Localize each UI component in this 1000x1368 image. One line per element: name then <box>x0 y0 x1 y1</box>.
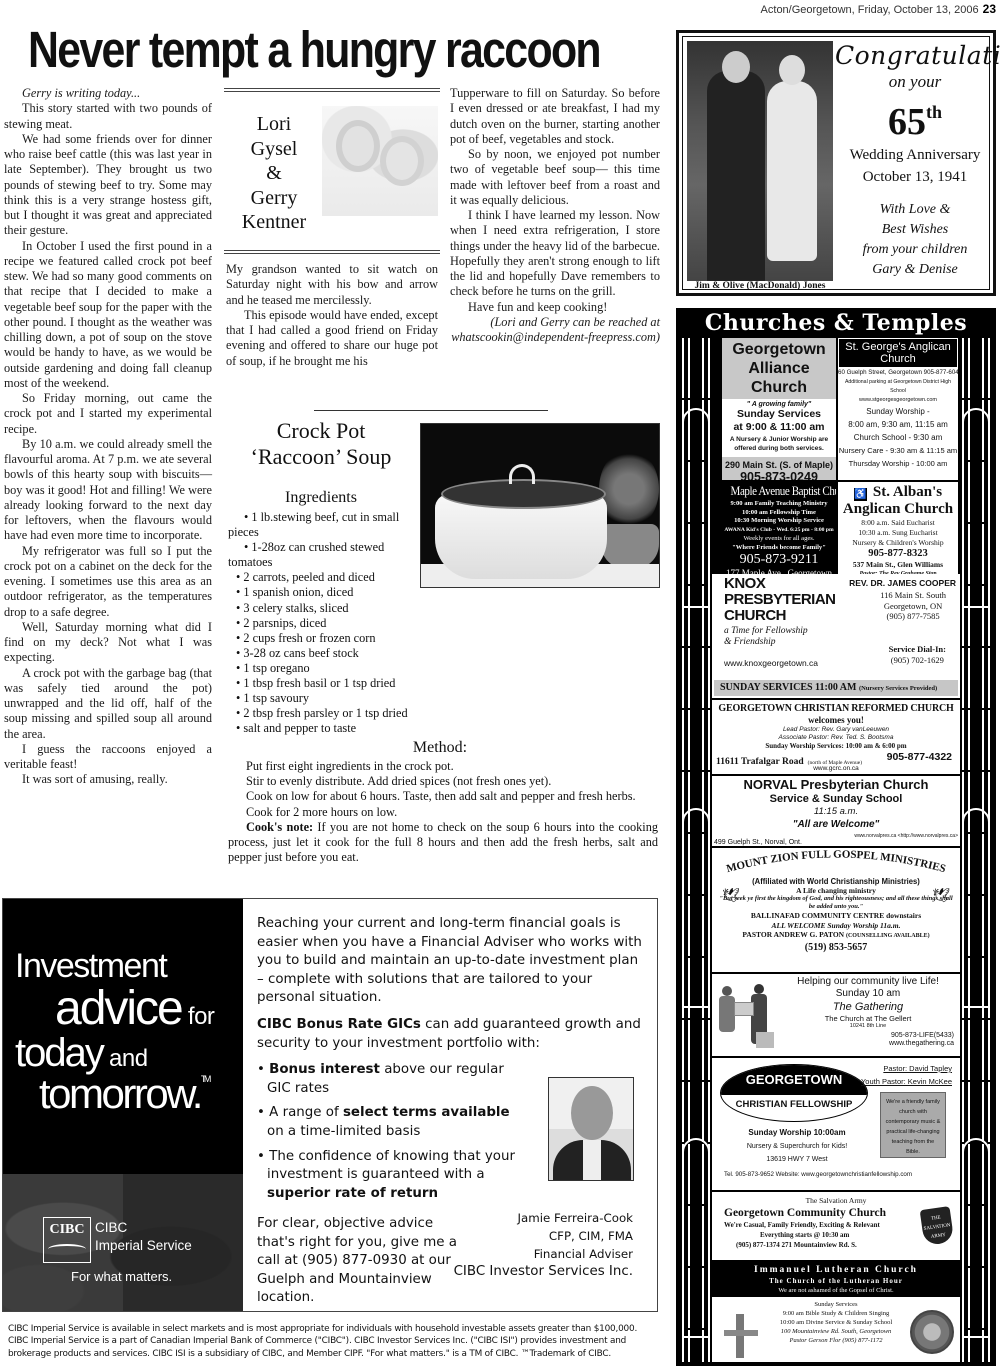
article-paragraph: Gerry is writing today... <box>4 86 212 101</box>
wishes: With Love & Best Wishes from your childr… <box>835 200 995 280</box>
adviser-credentials: CFP, CIM, FMA <box>443 1227 633 1245</box>
method-steps: Put first eight ingredients in the crock… <box>228 759 658 865</box>
article-paragraph: So by noon, we enjoyed pot number two of… <box>450 147 660 208</box>
church-phone: 905-873-9211 <box>722 552 836 568</box>
cibc-advertisement: Investment advice for today and tomorrow… <box>2 898 658 1312</box>
article-column-1: Gerry is writing today... This story sta… <box>4 86 212 788</box>
article-paragraph: Have fun and keep cooking! <box>450 300 660 315</box>
church-blurb: We're a friendly family church with cont… <box>880 1092 946 1158</box>
method-step: Put first eight ingredients in the crock… <box>228 759 658 774</box>
church-tagline: A Life changing ministry <box>712 886 960 895</box>
church-name: Maple Avenue Baptist Church <box>731 482 828 500</box>
service-times: at 9:00 & 11:00 am <box>722 421 836 434</box>
church-website[interactable]: www.knoxgeorgetown.ca <box>724 658 818 668</box>
ingredient-item: 1 tsp oregano <box>228 661 418 676</box>
church-slogan: Helping our community live Life! <box>778 976 958 988</box>
adviser-title: Financial Adviser <box>443 1245 633 1263</box>
service-label: Sunday Services <box>722 408 836 421</box>
services-time: SUNDAY SERVICES 11:00 AM <box>720 682 856 693</box>
church-name: KNOX PRESBYTERIAN CHURCH <box>724 576 836 624</box>
church-contact: 11611 Trafalgar Road (north of Maple Ave… <box>712 751 960 765</box>
benefit-item: The confidence of knowing that your inve… <box>257 1148 517 1204</box>
church-address: 13619 HWY 7 West <box>732 1153 862 1166</box>
article-paragraph: So Friday morning, out came the crock po… <box>4 391 212 437</box>
church-name: St. George's Anglican Church <box>838 338 958 368</box>
cooks-note-label: Cook's note: <box>246 820 313 834</box>
gcf-pastors: Pastor: David Tapley Youth Pastor: Kevin… <box>861 1062 952 1088</box>
dial-in-phone: (905) 702-1629 <box>889 655 946 666</box>
church-name-line: St. Alban's <box>873 484 942 500</box>
church-website[interactable]: www.thegathering.ca <box>889 1040 954 1048</box>
norval-presbyterian-church: NORVAL Presbyterian Church Service & Sun… <box>712 776 960 846</box>
pastor-note: (COUNSELLING AVAILABLE) <box>846 933 930 939</box>
logo-text: CIBC <box>49 1222 84 1237</box>
wishes-line: With Love & <box>835 200 995 220</box>
ingredients-heading: Ingredients <box>236 489 406 507</box>
ingredient-item: 3-28 oz cans beef stock <box>228 646 418 661</box>
church-name: The Gathering <box>778 1000 958 1014</box>
ingredient-item: 3 celery stalks, sliced <box>228 601 418 616</box>
church-name-line: CHURCH <box>724 608 836 624</box>
byline-line: & <box>228 161 320 186</box>
church-subtitle: The Church of the Lutheran Hour <box>712 1276 960 1286</box>
wishes-line: Gary & Denise <box>835 260 995 280</box>
adviser-photo <box>548 1077 634 1181</box>
tagline-word: for <box>182 1003 215 1030</box>
tagline-line: a Time for Fellowship <box>724 626 808 637</box>
recipe-title: Crock Pot ‘Raccoon’ Soup <box>236 418 406 470</box>
address-line: Georgetown, ON <box>880 601 946 612</box>
services-note: (Nursery Services Provided) <box>859 685 937 692</box>
decorative-frame-left <box>678 338 714 1362</box>
luther-rose-seal-icon <box>910 1310 954 1354</box>
tagline-word: tomorrow. <box>39 1070 201 1117</box>
church-phone: 905-873-0249 <box>722 470 836 480</box>
cibc-logo-icon: CIBC <box>43 1217 91 1263</box>
gic-offer: CIBC Bonus Rate GICs can add guaranteed … <box>257 1016 643 1053</box>
decorative-frame-right <box>958 338 994 1362</box>
address-line: 116 Main St. South <box>880 590 946 601</box>
recipe-title-line: ‘Raccoon’ Soup <box>236 444 406 470</box>
church-address: 60 Guelph Street, Georgetown 905-877-604… <box>838 368 958 378</box>
service-line: Nursery & Children's Worship <box>838 538 958 548</box>
wishes-line: from your children <box>835 240 995 260</box>
church-address: 499 Guelph St., Norval, Ont. <box>714 839 802 846</box>
brand-line: CIBC <box>95 1219 192 1237</box>
tagline-line: tomorrow.TM <box>39 1073 214 1115</box>
church-address: 10241 8th Line <box>778 1023 958 1030</box>
church-pastor: PASTOR ANDREW G. PATON (COUNSELLING AVAI… <box>712 930 960 941</box>
anniversary-ad: Jim & Olive (MacDonald) Jones Congratula… <box>676 30 996 296</box>
service-line: 10:30 Morning Worship Service <box>722 517 836 526</box>
article-paragraph: It was sort of amusing, really. <box>4 772 212 787</box>
congratulations-heading: Congratulations <box>835 41 995 70</box>
church-name-line: KNOX <box>724 576 836 592</box>
crock-pot-photo <box>420 423 660 588</box>
church-motto: We are not ashamed of the Gopsel of Chri… <box>712 1286 960 1295</box>
affiliation: (Affiliated with World Christianship Min… <box>724 876 947 886</box>
article-column-3: Tupperware to fill on Saturday. So befor… <box>450 86 660 345</box>
services-label: Sunday Services <box>712 1300 960 1309</box>
worship-services: Sunday Worship Services: 10:00 am & 6:00… <box>712 742 960 751</box>
byline-line: Gerry <box>228 186 320 211</box>
brand-line: Imperial Service <box>95 1237 192 1255</box>
georgetown-alliance-church: Georgetown Alliance Church " A growing f… <box>722 338 836 480</box>
article-paragraph: My refrigerator was full so I put the cr… <box>4 544 212 620</box>
church-name: Georgetown Alliance Church <box>722 338 836 399</box>
article-paragraph: My grandson wanted to sit watch on Satur… <box>226 262 438 308</box>
church-motto: "Where Friends become Family" <box>722 543 836 552</box>
address-line: (905) 877-7585 <box>880 611 946 622</box>
arched-title: MOUNT ZION FULL GOSPEL MINISTRIES <box>712 848 960 876</box>
ingredient-item: 1-28oz can crushed stewed tomatoes <box>228 540 418 570</box>
church-welcome: welcomes you! <box>712 715 960 726</box>
church-banner: Immanuel Lutheran Church The Church of t… <box>712 1262 960 1297</box>
thursday-worship: Thursday Worship - 10:00 am <box>838 457 958 470</box>
youth-pastor: Youth Pastor: Kevin McKee <box>861 1075 952 1088</box>
church-org: The Salvation Army <box>712 1195 960 1206</box>
church-name: ♿St. Alban's <box>838 484 958 501</box>
method-step: Cook for 2 more hours on low. <box>228 805 658 820</box>
article-paragraph: I guess the raccoons enjoyed a veritable… <box>4 742 212 773</box>
author-contact: (Lori and Gerry can be reached at whatsc… <box>450 315 660 346</box>
immanuel-lutheran-church: Immanuel Lutheran Church The Church of t… <box>712 1262 960 1362</box>
church-phone: 905-877-4322 <box>887 751 952 763</box>
ingredient-item: 2 cups fresh or frozen corn <box>228 631 418 646</box>
church-name: Immanuel Lutheran Church <box>712 1264 960 1276</box>
ingredient-item: salt and pepper to taste <box>228 721 418 736</box>
byline-box: Lori Gysel & Gerry Kentner <box>224 88 440 254</box>
church-tagline: a Time for Fellowship & Friendship <box>724 626 808 648</box>
church-place: The Church at The Gellert <box>778 1014 958 1023</box>
church-tagline: " A growing family" <box>722 401 836 408</box>
service-line: 10:30 a.m. Sung Eucharist <box>838 528 958 538</box>
church-location: BALLINAFAD COMMUNITY CENTRE downstairs <box>712 911 960 921</box>
byline-line: Lori <box>228 112 320 137</box>
ingredient-item: 2 tbsp fresh parsley or 1 tsp dried <box>228 706 418 721</box>
article-headline: Never tempt a hungry raccoon <box>28 18 566 82</box>
cibc-brand-panel: Investment advice for today and tomorrow… <box>3 899 243 1311</box>
church-contact: 499 Guelph St., Norval, Ont.www.norvalpr… <box>712 831 960 843</box>
dial-in-label: Service Dial-In: <box>889 644 946 655</box>
churches-title: Churches & Temples <box>676 310 996 336</box>
church-address: 11611 Trafalgar Road <box>716 757 804 767</box>
on-your: on your <box>835 72 995 92</box>
byline-line: Kentner <box>228 210 320 235</box>
article-paragraph: A crock pot with the garbage bag (that w… <box>4 666 212 742</box>
church-address: 537 Main St., Glen Williams <box>838 560 958 570</box>
article-paragraph: In October I used the first pound in a r… <box>4 239 212 392</box>
method-heading: Method: <box>370 739 510 757</box>
tagline-word: and <box>103 1045 148 1072</box>
wedding-anniversary-line: Wedding Anniversary <box>835 146 995 164</box>
mount-zion-full-gospel-ministries: MOUNT ZION FULL GOSPEL MINISTRIES (Affil… <box>712 848 960 972</box>
church-website[interactable]: www.norvalpres.ca <http://www.norvalpres… <box>854 833 958 839</box>
tagline-line: advice for <box>55 985 214 1033</box>
dove-icon: 🕊 <box>722 888 740 905</box>
call-to-action: For clear, objective advice that's right… <box>257 1215 467 1308</box>
service-time: Sunday 10 am <box>778 988 958 1000</box>
church-address: 116 Main St. South Georgetown, ON (905) … <box>880 590 946 622</box>
worship-time: Sunday Worship 10:00am <box>732 1126 862 1140</box>
method-step: Cook on low for about 6 hours. Taste, th… <box>228 789 658 804</box>
wedding-date: October 13, 1941 <box>835 168 995 186</box>
cooks-note: Cook's note: If you are not home to chec… <box>228 820 658 866</box>
church-address: 290 Main St. (S. of Maple) <box>722 457 836 470</box>
dial-in: Service Dial-In: (905) 702-1629 <box>889 644 946 666</box>
gic-benefits: Bonus interest above our regular GIC rat… <box>257 1061 517 1203</box>
address-note: (north of Maple Avenue) <box>808 760 862 766</box>
svg-text:MOUNT ZION FULL GOSPEL MINISTR: MOUNT ZION FULL GOSPEL MINISTRIES <box>725 848 947 875</box>
knox-presbyterian-church: KNOX PRESBYTERIAN CHURCH a Time for Fell… <box>712 574 960 698</box>
church-contact[interactable]: Tel. 905-873-9652 Website: www.georgetow… <box>724 1168 954 1181</box>
church-contact: (905) 877-1374 271 Mountainview Rd. S. <box>712 1240 960 1250</box>
tagline-word: today <box>15 1031 103 1075</box>
tagline-line: today and <box>15 1033 214 1073</box>
gic-product: CIBC Bonus Rate GICs <box>257 1017 421 1032</box>
adviser-firm: CIBC Investor Services Inc. <box>443 1263 633 1281</box>
church-phone: (519) 853-5657 <box>712 941 960 954</box>
page-folio: Acton/Georgetown, Friday, October 13, 20… <box>670 2 996 16</box>
service-line: 9:00 am Family Teaching Ministry <box>722 500 836 509</box>
service-line: AWANA Kid's Club - Wed. 6:25 pm - 8:00 p… <box>722 526 836 535</box>
article-column-2: My grandson wanted to sit watch on Satur… <box>226 262 438 369</box>
anniversary-number: 65th <box>835 92 995 142</box>
gathering-contact: 905-873-LIFE(5433) www.thegathering.ca <box>889 1032 954 1048</box>
tagline-word: advice <box>55 982 182 1035</box>
church-phone: 905-877-8323 <box>838 548 958 560</box>
article-paragraph: This episode would have ended, except th… <box>226 308 438 369</box>
dove-icon: 🕊 <box>932 888 950 905</box>
worship-label: Sunday Worship - <box>838 405 958 418</box>
cibc-motto: For what matters. <box>71 1269 172 1284</box>
lead-pastor: Lead Pastor: Rev. Gary vanLeeuwen <box>712 726 960 734</box>
church-name-line: Georgetown <box>722 340 836 359</box>
church-name-line: Anglican Church <box>838 501 958 518</box>
service-time: 11:15 a.m. <box>712 806 960 818</box>
method-step: Stir to evenly distribute. Add dried spi… <box>228 774 658 789</box>
logo-line: CHRISTIAN FELLOWSHIP <box>721 1097 867 1113</box>
churches-directory: Churches & Temples Georgetown Alliance C… <box>676 308 996 1366</box>
article-paragraph: I think I have learned my lesson. Now wh… <box>450 208 660 300</box>
cibc-disclaimer: CIBC Imperial Service is available in se… <box>8 1323 658 1360</box>
associate-pastor: Associate Pastor: Rev. Ted. S. Bootsma <box>712 734 960 742</box>
tagline-line: & Friendship <box>724 637 808 648</box>
photo-caption: Jim & Olive (MacDonald) Jones <box>687 281 833 291</box>
sunday-services-banner: SUNDAY SERVICES 11:00 AM (Nursery Servic… <box>714 680 958 696</box>
ingredient-item: 1 lb.stewing beef, cut in small pieces <box>228 510 418 540</box>
cibc-intro: Reaching your current and long-term fina… <box>257 915 643 1008</box>
gathering-text: Helping our community live Life! Sunday … <box>778 976 958 1030</box>
church-name: NORVAL Presbyterian Church <box>712 777 960 793</box>
article-paragraph: This story started with two pounds of st… <box>4 101 212 132</box>
church-phone: 905-873-LIFE(5433) <box>889 1032 954 1040</box>
anniversary-text: Congratulations on your 65th Wedding Ann… <box>835 37 995 280</box>
article-paragraph: We had some friends over for dinner who … <box>4 132 212 239</box>
volunteers-illustration <box>716 982 776 1052</box>
pastor-name: PASTOR ANDREW G. PATON <box>742 930 844 939</box>
service-label: Service & Sunday School <box>712 793 960 806</box>
article-paragraph: By 10 a.m. we could already smell the fl… <box>4 437 212 544</box>
logo-line: GEORGETOWN <box>721 1065 867 1095</box>
nursery-care: Nursery Care - 9:30 am & 11:15 am <box>838 444 958 457</box>
church-name-line: PRESBYTERIAN <box>724 592 836 608</box>
church-name-line: Alliance Church <box>722 359 836 397</box>
gcf-logo: GEORGETOWN CHRISTIAN FELLOWSHIP <box>720 1064 868 1122</box>
service-line: 10:00 am Fellowship Time <box>722 509 836 518</box>
cibc-tagline: Investment advice for today and tomorrow… <box>15 949 214 1115</box>
tagline-line: Investment <box>15 949 214 983</box>
the-gathering-church: Helping our community live Life! Sunday … <box>712 974 960 1056</box>
ingredient-item: 1 tbsp fresh basil or 1 tsp dried <box>228 676 418 691</box>
weekly-events: Weekly events for all ages. <box>722 534 836 543</box>
service-schedule: 9:00 am Family Teaching Ministry 10:00 a… <box>722 500 836 534</box>
parking-note: Additional parking at Georgetown Distric… <box>838 378 958 396</box>
benefit-item: Bonus interest above our regular GIC rat… <box>257 1061 517 1098</box>
byline-line: Gysel <box>228 137 320 162</box>
church-name: GEORGETOWN CHRISTIAN REFORMED CHURCH <box>712 702 960 715</box>
cibc-brand-name: CIBC Imperial Service <box>95 1219 192 1255</box>
st-georges-anglican-church: St. George's Anglican Church 60 Guelph S… <box>838 338 958 480</box>
worship-time: ALL WELCOME Sunday Worship 11a.m. <box>712 921 960 930</box>
ingredient-item: 1 tsp savoury <box>228 691 418 706</box>
kids-program: Nursery & Superchurch for Kids! <box>732 1140 862 1153</box>
benefit-item: A range of select terms available on a t… <box>257 1104 517 1141</box>
folio-dateline: Acton/Georgetown, Friday, October 13, 20… <box>761 4 979 16</box>
ingredient-item: 2 parsnips, diced <box>228 616 418 631</box>
church-minister: REV. DR. JAMES COOPER <box>849 578 956 588</box>
article-paragraph: Well, Saturday morning what did I find o… <box>4 620 212 666</box>
georgetown-christian-reformed-church: GEORGETOWN CHRISTIAN REFORMED CHURCH wel… <box>712 700 960 774</box>
ingredient-item: 1 spanish onion, diced <box>228 585 418 600</box>
scripture-verse: "But seek ye first the kingdom of God, a… <box>712 895 960 911</box>
ordinal-suffix: th <box>926 102 942 122</box>
church-website[interactable]: www.stgeorgesgeorgetown.com <box>838 396 958 405</box>
service-line: 8:00 a.m. Said Eucharist <box>838 518 958 528</box>
authors-photo <box>322 106 438 216</box>
wishes-line: Best Wishes <box>835 220 995 240</box>
church-welcome: "All are Welcome" <box>712 818 960 831</box>
section-divider <box>314 410 548 411</box>
georgetown-christian-fellowship: GEORGETOWN CHRISTIAN FELLOWSHIP Pastor: … <box>712 1058 960 1190</box>
worship-times: 8:00 am, 9:30 am, 11:15 am <box>838 418 958 431</box>
trademark: TM <box>201 1074 209 1084</box>
adviser-name: Jamie Ferreira-Cook <box>443 1209 633 1227</box>
couple-photo <box>687 41 833 281</box>
recipe-title-line: Crock Pot <box>236 418 406 444</box>
number: 65 <box>888 101 926 143</box>
cross-icon <box>724 1314 758 1358</box>
church-pastor: Pastor: David Tapley <box>861 1062 952 1075</box>
service-note: A Nursery & Junior Worship are offered d… <box>722 434 836 454</box>
ingredient-item: 2 carrots, peeled and diced <box>228 570 418 585</box>
article-paragraph: Tupperware to fill on Saturday. So befor… <box>450 86 660 147</box>
byline-names: Lori Gysel & Gerry Kentner <box>228 112 320 235</box>
adviser-info: Jamie Ferreira-Cook CFP, CIM, FMA Financ… <box>443 1209 633 1281</box>
salvation-army-georgetown-community-church: The Salvation Army Georgetown Community … <box>712 1192 960 1260</box>
church-school: Church School - 9:30 am <box>838 431 958 444</box>
wheelchair-accessible-icon: ♿ <box>854 488 867 501</box>
ingredients-list: 1 lb.stewing beef, cut in small pieces 1… <box>228 510 418 736</box>
page-number: 23 <box>983 2 996 16</box>
